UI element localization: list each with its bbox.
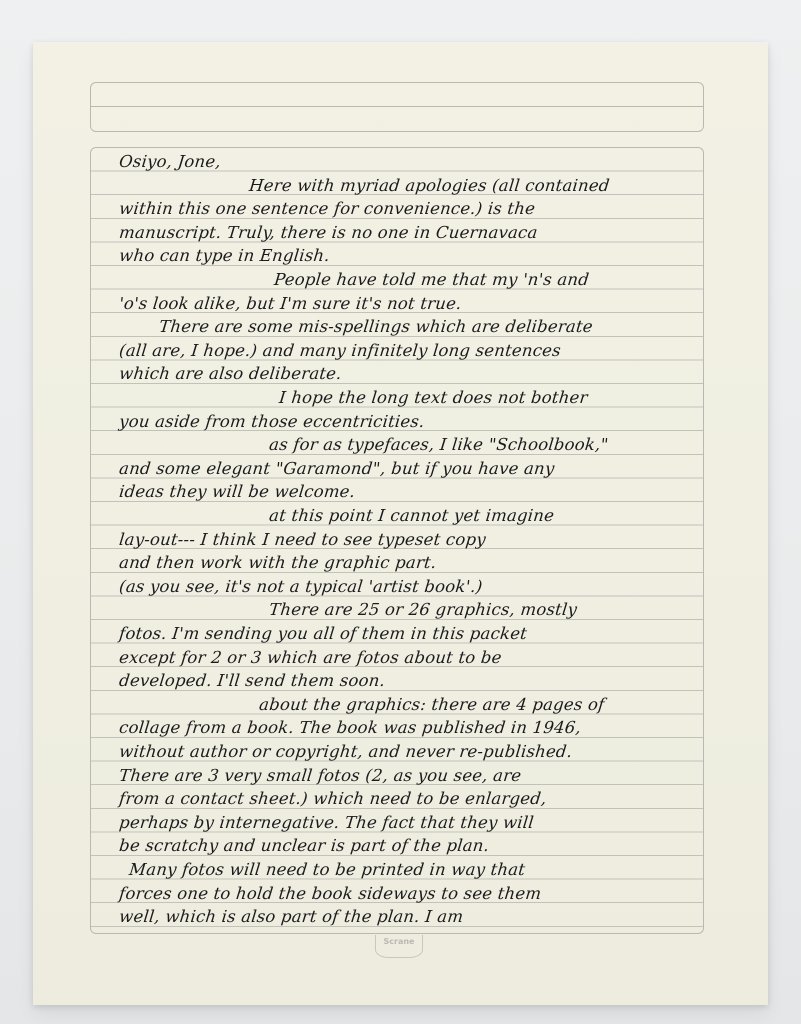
letter-line: I hope the long text does not bother bbox=[278, 388, 589, 412]
letter-line: 'o's look alike, but I'm sure it's not t… bbox=[118, 294, 463, 318]
letter-line: be scratchy and unclear is part of the p… bbox=[118, 836, 490, 860]
letter-line: There are 3 very small fotos (2, as you … bbox=[118, 766, 523, 790]
letter-line: Many fotos will need to be printed in wa… bbox=[128, 860, 526, 884]
letter-line: as for as typefaces, I like "Schoolbook,… bbox=[268, 435, 610, 459]
letter-line: about the graphics: there are 4 pages of bbox=[258, 695, 606, 719]
letter-line: within this one sentence for convenience… bbox=[118, 199, 536, 223]
stationery-brand-mark: Scrane bbox=[375, 935, 423, 958]
letter-line: without author or copyright, and never r… bbox=[118, 742, 573, 766]
letter-line: ideas they will be welcome. bbox=[118, 482, 356, 506]
letter-line: forces one to hold the book sideways to … bbox=[118, 884, 543, 908]
letter-line: well, which is also part of the plan. I … bbox=[118, 907, 465, 931]
letter-line: who can type in English. bbox=[118, 246, 331, 270]
header-ruled-box bbox=[90, 82, 704, 132]
letter-line: (as you see, it's not a typical 'artist … bbox=[118, 577, 484, 601]
letter-line: (all are, I hope.) and many infinitely l… bbox=[118, 341, 562, 365]
letter-line: Osiyo, Jone, bbox=[118, 152, 222, 176]
letter-line: Here with myriad apologies (all containe… bbox=[248, 176, 611, 200]
letter-line: People have told me that my 'n's and bbox=[273, 270, 590, 294]
letter-line: you aside from those eccentricities. bbox=[118, 412, 426, 436]
header-rule-line bbox=[91, 106, 703, 107]
letter-line: collage from a book. The book was publis… bbox=[118, 718, 582, 742]
letter-line: There are 25 or 26 graphics, mostly bbox=[268, 600, 578, 624]
letter-line: lay-out--- I think I need to see typeset… bbox=[118, 530, 487, 554]
letter-line: and some elegant "Garamond", but if you … bbox=[118, 459, 556, 483]
letter-line: from a contact sheet.) which need to be … bbox=[118, 789, 548, 813]
letter-line: fotos. I'm sending you all of them in th… bbox=[118, 624, 528, 648]
letter-line: at this point I cannot yet imagine bbox=[268, 506, 555, 530]
letter-line: There are some mis-spellings which are d… bbox=[158, 317, 594, 341]
letter-line: developed. I'll send them soon. bbox=[118, 671, 386, 695]
lined-writing-area: Osiyo, Jone, Here with myriad apologies … bbox=[90, 147, 704, 934]
letter-line: perhaps by internegative. The fact that … bbox=[118, 813, 535, 837]
letter-line: manuscript. Truly, there is no one in Cu… bbox=[118, 223, 539, 247]
letter-line: which are also deliberate. bbox=[118, 364, 343, 388]
letter-line: except for 2 or 3 which are fotos about … bbox=[118, 648, 503, 672]
letter-page: Osiyo, Jone, Here with myriad apologies … bbox=[33, 42, 768, 1005]
letter-line: and then work with the graphic part. bbox=[118, 553, 438, 577]
